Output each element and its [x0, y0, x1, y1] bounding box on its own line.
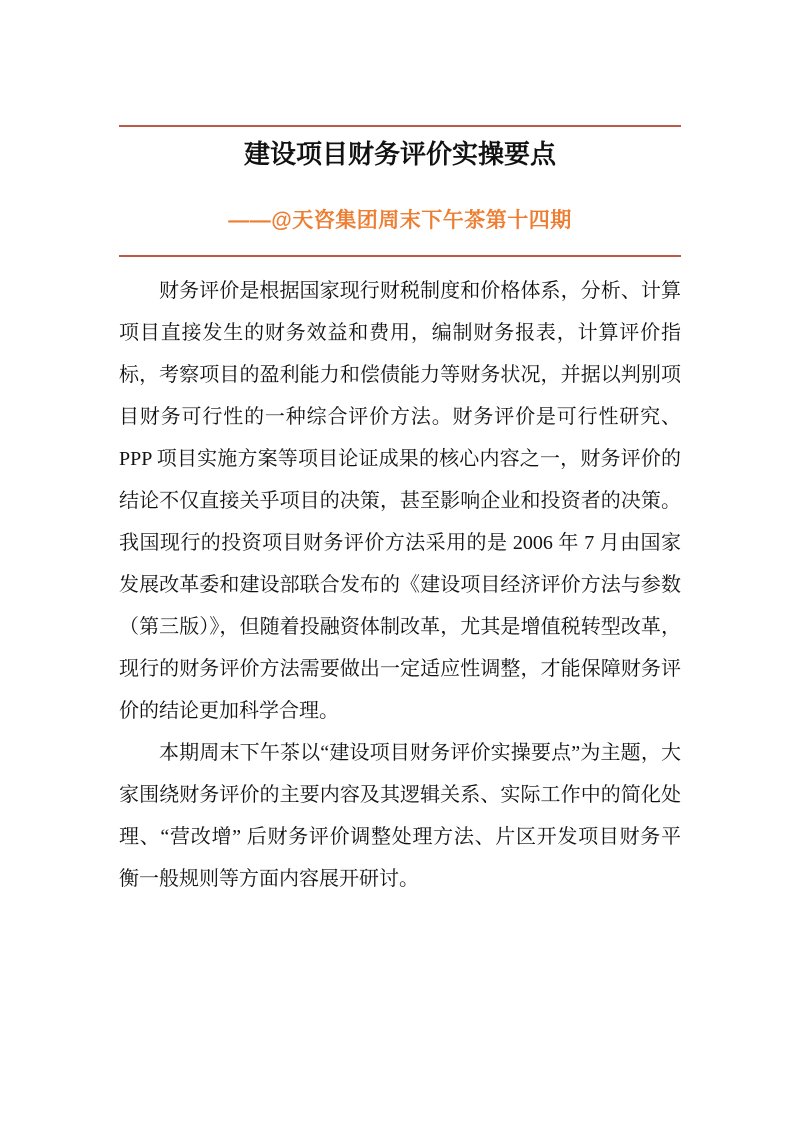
paragraph-1: 财务评价是根据国家现行财税制度和价格体系，分析、计算项目直接发生的财务效益和费用… [119, 270, 681, 732]
document-title: 建设项目财务评价实操要点 [0, 138, 800, 172]
bottom-divider-line [119, 255, 681, 257]
top-divider-line [119, 125, 681, 127]
paragraph-2: 本期周末下午茶以“建设项目财务评价实操要点”为主题，大家围绕财务评价的主要内容及… [119, 732, 681, 900]
document-body: 财务评价是根据国家现行财税制度和价格体系，分析、计算项目直接发生的财务效益和费用… [119, 270, 681, 900]
document-subtitle: ——@天咨集团周末下午茶第十四期 [0, 207, 800, 235]
document-page: 建设项目财务评价实操要点 ——@天咨集团周末下午茶第十四期 财务评价是根据国家现… [0, 0, 800, 1131]
